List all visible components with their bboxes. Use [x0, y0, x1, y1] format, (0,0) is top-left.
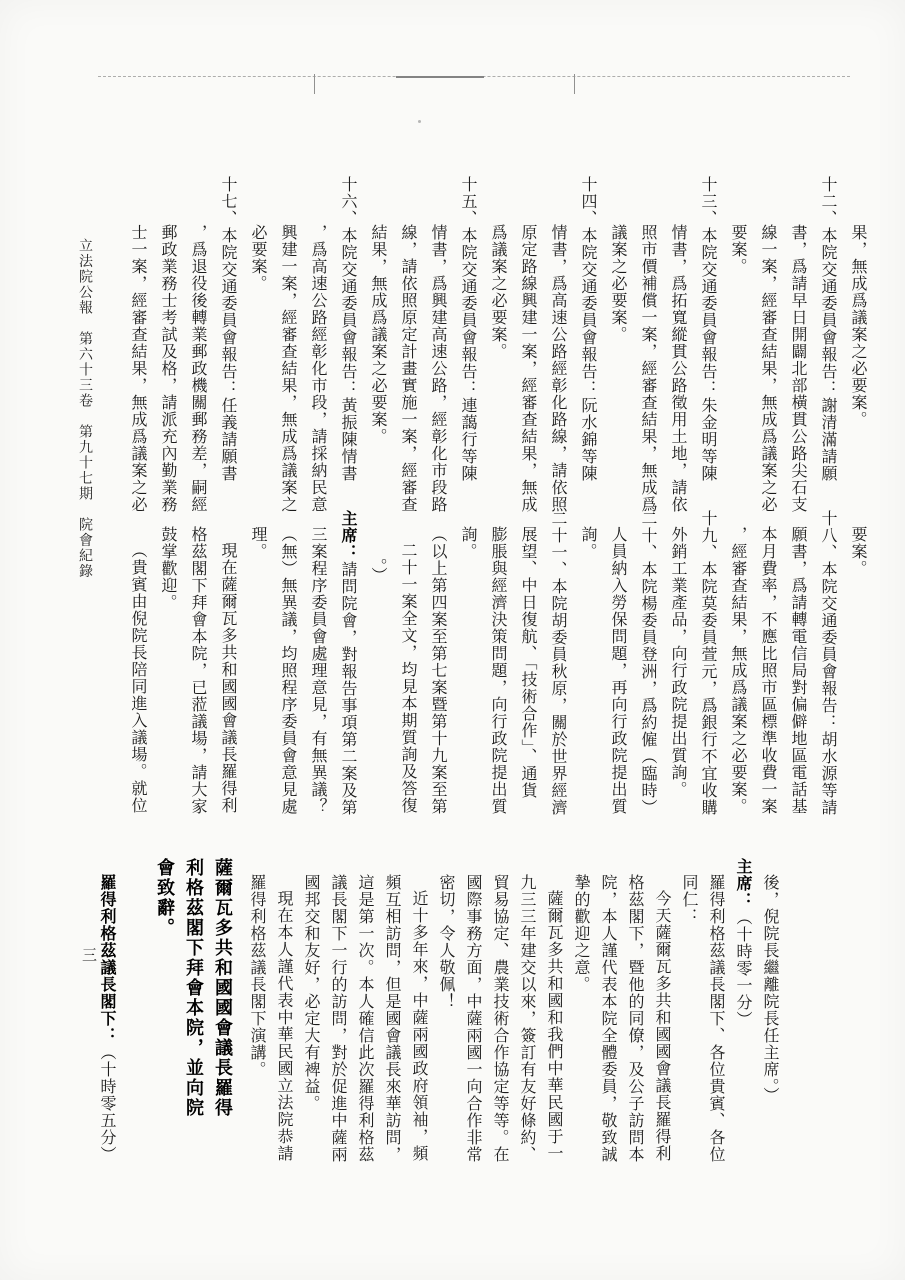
- text-column: 情書，爲興建高速公路，經彰化市段路: [422, 176, 452, 524]
- text-column: 近十多年來，中薩兩國政府領袖，頻: [405, 858, 432, 1174]
- text-column: （無）無異議，均照程序委員會意見處: [272, 510, 302, 842]
- text-column: 十二、本院交通委員會報告：謝清滿請願: [812, 176, 842, 524]
- text-column: （貴賓由倪院長陪同進入議場。就位: [122, 510, 152, 842]
- scan-artifact-segment: [396, 76, 484, 78]
- text-column: 現在薩爾瓦多共和國國會議長羅得利: [212, 510, 242, 842]
- text-column: 爲議案之必要案。: [482, 176, 512, 524]
- text-column: 詢。: [452, 510, 482, 842]
- text-column: 後，倪院長繼離院長任主席。）: [756, 858, 783, 1174]
- text-column: 頻互相訪問，但是國會議長來華訪問，: [378, 858, 405, 1174]
- text-column: 線，請依照原定計畫實施一案，經審查: [392, 176, 422, 524]
- text-column: 十五、本院交通委員會報告：連藹行等陳: [452, 176, 482, 524]
- text-column: 情書，爲拓寬縱貫公路徵用土地，請依: [662, 176, 692, 524]
- text-column: ，爲高速公路經彰化市段，請採納民意: [302, 176, 332, 524]
- text-column: 要案。: [842, 510, 872, 842]
- text-column: 薩爾瓦多共和國和我們中華民國于一: [540, 858, 567, 1174]
- edition-line: 立法院公報 第六十三卷 第九十七期 院會紀錄: [77, 238, 92, 579]
- scan-artifact-tick: [314, 74, 315, 94]
- text-column: 羅得利格茲議長閣下：（十時零五分）: [93, 858, 120, 1174]
- text-column: 鼓掌歡迎。: [152, 510, 182, 842]
- text-column: 同仁：: [675, 858, 702, 1174]
- text-column: 原定路線興建一案，經審查結果，無成: [512, 176, 542, 524]
- text-column: 線一案，經審查結果，無成爲議案之必: [752, 176, 782, 524]
- text-column: 密切，令人敬佩！: [432, 858, 459, 1174]
- text-column: 議長閣下一行的訪問，對於促進中薩兩: [324, 858, 351, 1174]
- text-column: 十八、本院交通委員會報告：胡水源等請: [812, 510, 842, 842]
- edition-sidebar: 立法院公報 第六十三卷 第九十七期 院會紀錄: [74, 238, 94, 618]
- text-column: 。）: [362, 510, 392, 842]
- speaker-label: 主席：: [339, 510, 356, 561]
- speaker-label: 主席：: [734, 858, 751, 909]
- text-column: 三案程序委員會處理意見，有無異議？: [302, 510, 332, 842]
- text-column: 情書，爲高速公路經彰化路線，請依照: [542, 176, 572, 524]
- text-column: 十三、本院交通委員會報告：朱金明等陳: [692, 176, 722, 524]
- text-column: ，經審查結果，無成爲議案之必要案。: [722, 510, 752, 842]
- text-column: 十六、本院交通委員會報告：黃振陳情書: [332, 176, 362, 524]
- text-column: 士一案，經審查結果，無成爲議案之必: [122, 176, 152, 524]
- scan-artifact-line: [98, 76, 850, 77]
- text-column: 外銷工業產品，向行政院提出質詢。: [662, 510, 692, 842]
- text-column: 國邦交和友好，必定大有裨益。: [297, 858, 324, 1174]
- text-column: 要案。: [722, 176, 752, 524]
- text-column: 二十、本院楊委員登洲，爲約僱（臨時）: [632, 510, 662, 842]
- scan-artifact-tick: [574, 74, 575, 94]
- text-column: 郵政業務士考試及格，請派充內勤業務: [152, 176, 182, 524]
- text-column: 十四、本院交通委員會報告：阮水錦等陳: [572, 176, 602, 524]
- text-column: 照市價補償一案，經審查結果，無成爲: [632, 176, 662, 524]
- agenda-heading-column: 薩爾瓦多共和國國會議長羅得: [208, 858, 237, 1174]
- text-column: 興建一案，經審查結果，無成爲議案之: [272, 176, 302, 524]
- text-column: 國際事務方面，中薩兩國一向合作非常: [459, 858, 486, 1174]
- text-column: （以上第四案至第七案暨第十九案至第: [422, 510, 452, 842]
- text-column: ，爲退役後轉業郵政機關郵務差，嗣經: [182, 176, 212, 524]
- text-column: 現在本人謹代表中華民國立法院恭請: [270, 858, 297, 1174]
- text-column: 院，本人謹代表本院全體委員，敬致誠: [594, 858, 621, 1174]
- band-report-items-middle: 要案。十八、本院交通委員會報告：胡水源等請願書，爲請轉電信局對偏僻地區電話基本月…: [120, 510, 872, 842]
- text-column: 摯的歡迎之意。: [567, 858, 594, 1174]
- text-column: 必要案。: [242, 176, 272, 524]
- text-column: 羅得利格茲議長閣下演講。: [243, 858, 270, 1174]
- text-column: 議案之必要案。: [602, 176, 632, 524]
- text-column: 格茲閣下拜會本院，已蒞議場，請大家: [182, 510, 212, 842]
- text-column: 九三三年建交以來，簽訂有友好條約、: [513, 858, 540, 1174]
- text-column: 貿易協定、農業技術合作協定等等。在: [486, 858, 513, 1174]
- speaker-label: 羅得利格茲議長閣下：: [98, 874, 115, 1044]
- text-column: 格茲閣下，暨他的同僚，及公子訪問本: [621, 858, 648, 1174]
- band-speech-bottom: 後，倪院長繼離院長任主席。）主席：（十時零一分）羅得利格茲議長閣下、各位貴賓、各…: [83, 858, 783, 1174]
- gazette-scan-page: 立法院公報 第六十三卷 第九十七期 院會紀錄 三 果，無成爲議案之必要案。十二、…: [0, 0, 905, 1280]
- text-column: 果，無成爲議案之必要案。: [842, 176, 872, 524]
- text-column: 二十一、本院胡委員秋原，關於世界經濟: [542, 510, 572, 842]
- text-column: 願書，爲請轉電信局對偏僻地區電話基: [782, 510, 812, 842]
- text-column: 主席：（十時零一分）: [729, 858, 756, 1174]
- text-column: 十七、本院交通委員會報告：任義請願書: [212, 176, 242, 524]
- text-column: 結果，無成爲議案之必要案。: [362, 176, 392, 524]
- text-column: 主席：請問院會，對報告事項第二案及第: [332, 510, 362, 842]
- text-column: 理。: [242, 510, 272, 842]
- text-column: 今天薩爾瓦多共和國國會議長羅得利: [648, 858, 675, 1174]
- text-column: 二十一案全文，均見本期質詢及答復: [392, 510, 422, 842]
- text-column: 詢。: [572, 510, 602, 842]
- text-column: 展望、中日復航、「技術合作」、通貨: [512, 510, 542, 842]
- text-column: 膨脹與經濟決策問題，向行政院提出質: [482, 510, 512, 842]
- text-column: 人員納入勞保問題，再向行政院提出質: [602, 510, 632, 842]
- text-column: 羅得利格茲議長閣下、各位貴賓、各位: [702, 858, 729, 1174]
- agenda-heading-column: 會致辭。: [150, 858, 179, 1174]
- text-column: 本月費率，不應比照市區標準收費一案: [752, 510, 782, 842]
- agenda-heading-column: 利格茲閣下拜會本院，並向院: [179, 858, 208, 1174]
- band-report-items-top: 果，無成爲議案之必要案。十二、本院交通委員會報告：謝清滿請願書，爲請早日開闢北部…: [120, 176, 872, 524]
- text-column: 這是第一次。本人確信此次羅得利格茲: [351, 858, 378, 1174]
- text-column: 十九、本院莫委員萱元，爲銀行不宜收購: [692, 510, 722, 842]
- text-column: 書，爲請早日開闢北部橫貫公路尖石支: [782, 176, 812, 524]
- scan-speck: [418, 120, 421, 123]
